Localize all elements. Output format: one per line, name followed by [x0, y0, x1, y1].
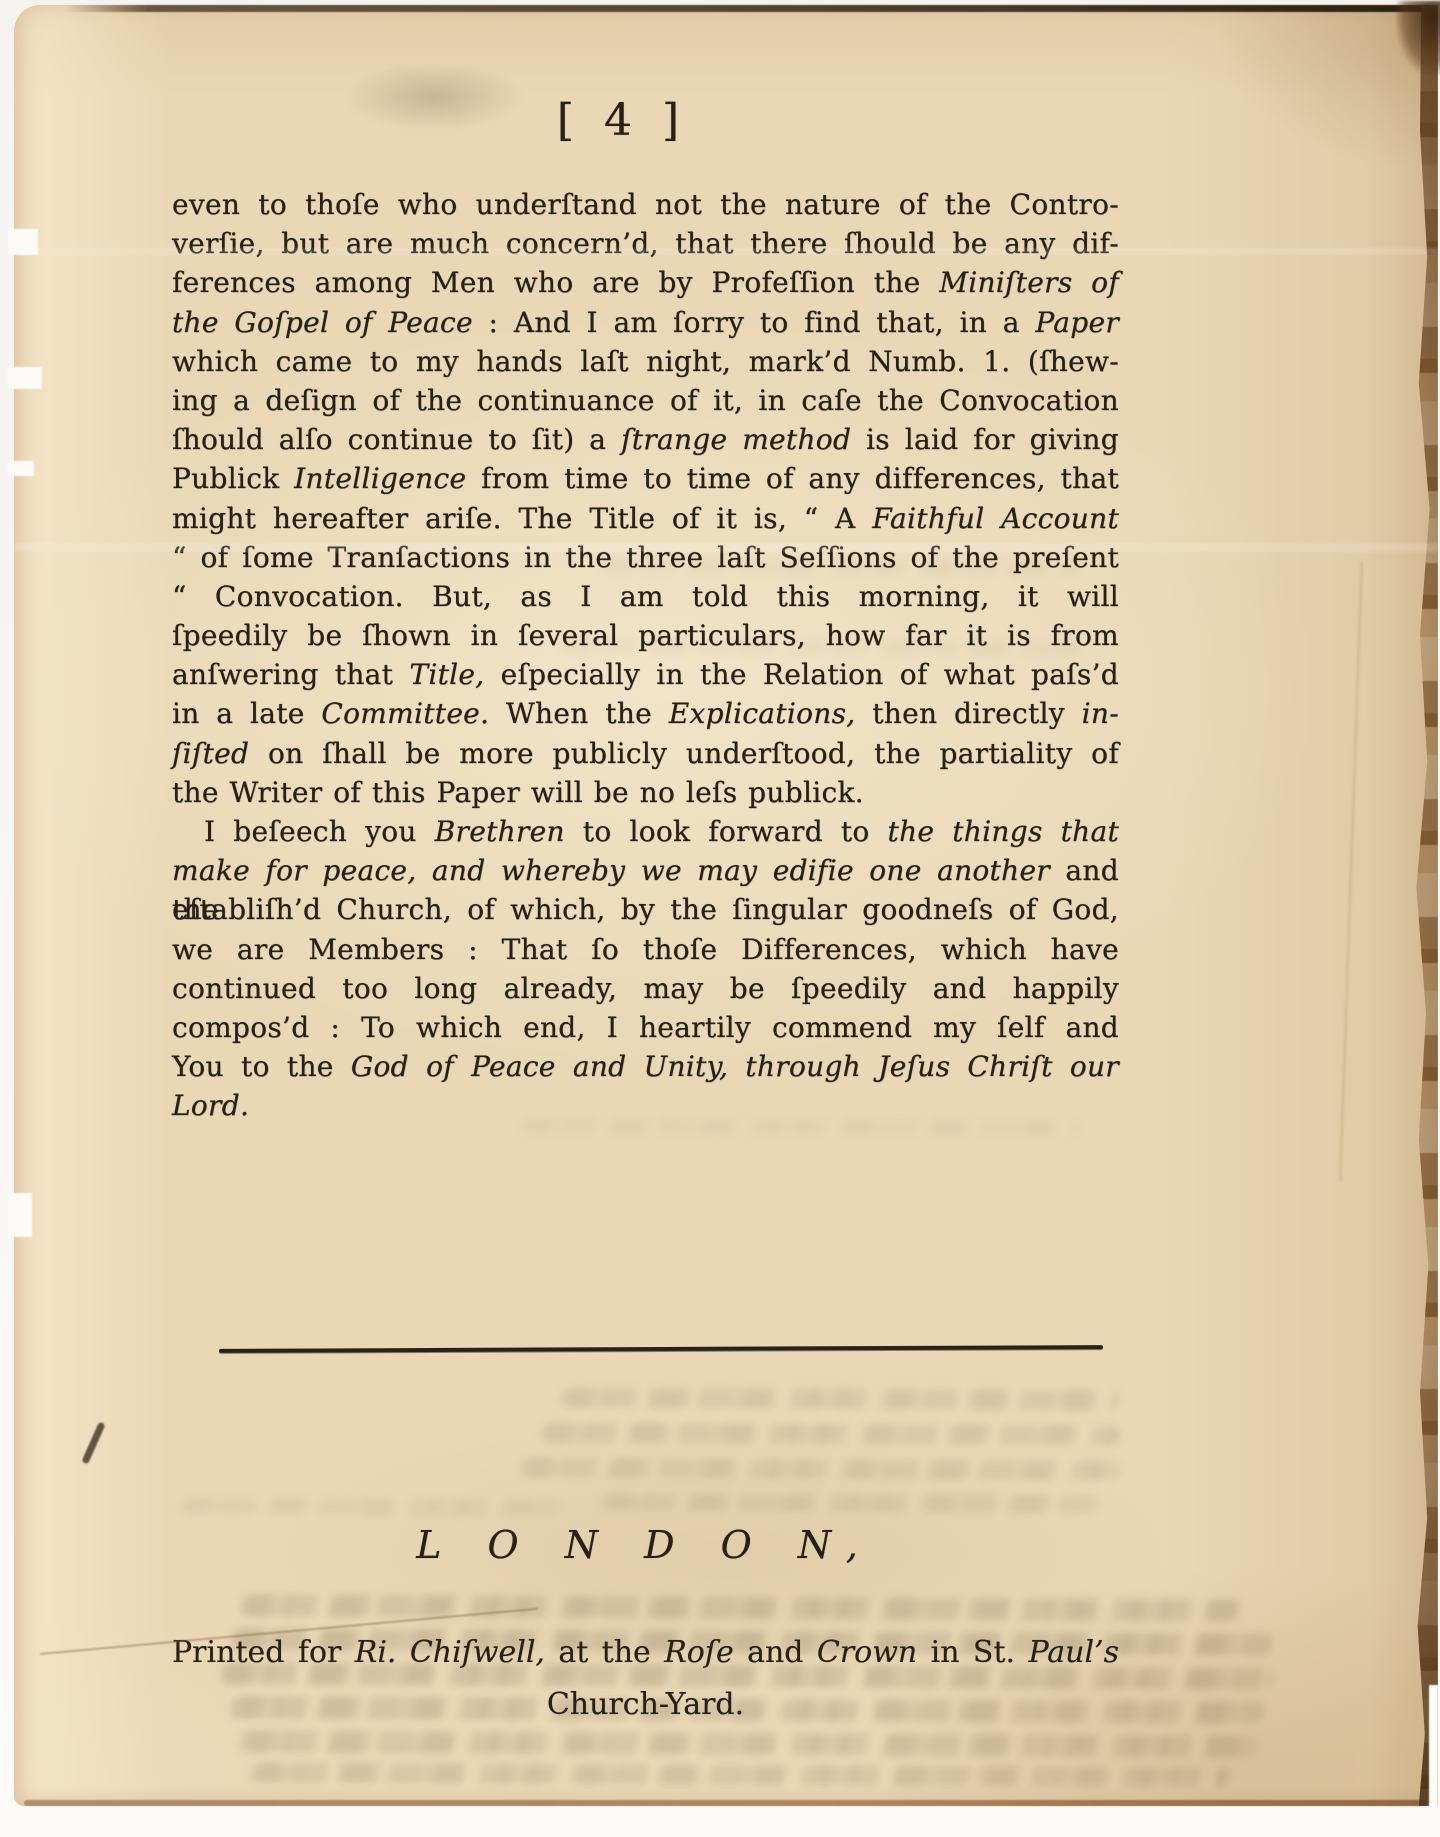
text-segment: Intelligence [294, 462, 466, 495]
body-line: “ Convocation. But, as I am told this mo… [172, 577, 1119, 616]
text-segment: You to the [172, 1050, 351, 1083]
text-segment: Miniſters of [939, 266, 1119, 299]
scanner-streak [8, 461, 34, 476]
text-segment: in- [1082, 697, 1119, 730]
text-segment: we are Members : That ſo thoſe Differenc… [172, 933, 1119, 966]
body-line: ferences among Men who are by Profeſſion… [172, 263, 1119, 302]
wrinkle-line [1339, 561, 1363, 1181]
scanner-streak [8, 367, 42, 389]
text-segment: Ri. Chiſwell, [355, 1635, 545, 1670]
text-segment: the things that [888, 815, 1119, 848]
text-segment: Faithful Account [872, 502, 1119, 535]
text-segment: God of Peace and Unity, through Jeſus Ch… [351, 1050, 1119, 1083]
body-line: compos’d : To which end, I heartily comm… [172, 1008, 1119, 1047]
body-line: the Goſpel of Peace : And I am ſorry to … [172, 303, 1119, 342]
body-line: continued too long already, may be ſpeed… [172, 969, 1119, 1008]
scanner-background: [ 4 ] even to thoſe who underſtand not t… [0, 0, 1440, 1837]
body-text: even to thoſe who underſtand not the nat… [172, 185, 1119, 1126]
text-segment: Explications, [669, 697, 856, 730]
corner-stain [1396, 1, 1440, 75]
text-segment: I beſeech you [204, 815, 435, 848]
body-line: Publick Intelligence from time to time o… [172, 459, 1119, 498]
text-segment: ſhould alſo continue to ſit) a [172, 423, 621, 456]
text-segment: : And I am ſorry to find that, in a [473, 306, 1035, 339]
scanner-band [14, 248, 1438, 255]
body-line: the Writer of this Paper will be no leſs… [172, 773, 1119, 812]
bleedthrough-row [239, 1594, 1241, 1621]
text-segment: ſtrange method [621, 423, 851, 456]
text-segment: Publick [172, 462, 294, 495]
imprint-city: L O N D O N, [172, 1523, 1119, 1567]
scanner-band [14, 543, 1438, 552]
bleedthrough-row [599, 1493, 1101, 1514]
imprint-churchyard-line: Church-Yard. [172, 1687, 1119, 1722]
text-segment: ing a deſign of the continuance of it, i… [172, 384, 1119, 417]
body-line: ing a deſign of the continuance of it, i… [172, 381, 1119, 420]
body-line: anſwering that Title, eſpecially in the … [172, 655, 1119, 694]
text-segment: to look forward to [565, 815, 888, 848]
page-bottom-edge [24, 1800, 1426, 1806]
text-segment: When the [489, 697, 669, 730]
deckle-edge [1414, 5, 1438, 1806]
text-segment: ſpeedily be ſhown in ſeveral particulars… [172, 619, 1119, 652]
bleedthrough-row [539, 1422, 1121, 1445]
text-segment: is laid for giving [851, 423, 1119, 456]
body-line: ſiſted on ſhall be more publicly underſt… [172, 734, 1119, 773]
text-segment: eſtabliſh’d Church, of which, by the ſin… [172, 893, 1119, 926]
text-segment: the Goſpel of Peace [172, 306, 473, 339]
text-segment: in a late [172, 697, 321, 730]
text-segment: eſpecially in the Relation of what paſs’… [484, 658, 1119, 691]
body-line: verſie, but are much concern’d, that the… [172, 224, 1119, 263]
text-segment: Lord. [172, 1089, 249, 1122]
scanner-gap [1429, 1685, 1438, 1815]
text-segment: continued too long already, may be ſpeed… [172, 972, 1119, 1005]
body-line: might hereafter ariſe. The Title of it i… [172, 499, 1119, 538]
text-segment: at the [545, 1635, 664, 1670]
bleedthrough-row [519, 1457, 1121, 1480]
text-segment: which came to my hands laſt night, mark’… [172, 345, 1119, 378]
text-segment: ferences among Men who are by Profeſſion… [172, 266, 939, 299]
text-segment: make for peace, and whereby we may edifi… [172, 854, 1050, 887]
bleedthrough-row [559, 1388, 1121, 1411]
horizontal-rule [219, 1345, 1103, 1353]
text-segment: Crown [817, 1635, 917, 1670]
text-segment: ſiſted [172, 737, 249, 770]
text-segment: even to thoſe who underſtand not the nat… [172, 188, 1119, 221]
text-segment: verſie, but are much concern’d, that the… [172, 227, 1119, 260]
bleedthrough-row [239, 1730, 1259, 1757]
body-line: make for peace, and whereby we may edifi… [172, 851, 1119, 890]
text-segment: on ſhall be more publicly underſtood, th… [249, 737, 1119, 770]
text-segment: anſwering that [172, 658, 409, 691]
page-top-edge [66, 5, 1432, 12]
body-line: ſpeedily be ſhown in ſeveral particulars… [172, 616, 1119, 655]
text-segment: Paper [1035, 306, 1119, 339]
text-segment: Paul’s [1028, 1635, 1119, 1670]
body-line: we are Members : That ſo thoſe Differenc… [172, 930, 1119, 969]
text-segment: then directly [855, 697, 1081, 730]
scanned-page: [ 4 ] even to thoſe who underſtand not t… [14, 5, 1438, 1806]
text-segment: Roſe [664, 1635, 734, 1670]
text-segment: the Writer of this Paper will be no leſs… [172, 776, 864, 809]
imprint-publisher-line: Printed for Ri. Chiſwell, at the Roſe an… [172, 1633, 1119, 1673]
body-line: ſhould alſo continue to ſit) a ſtrange m… [172, 420, 1119, 459]
page-number: [ 4 ] [172, 95, 1072, 146]
body-line: in a late Committee. When the Explicatio… [172, 694, 1119, 733]
body-line: which came to my hands laſt night, mark’… [172, 342, 1119, 381]
bleedthrough-row [249, 1762, 1231, 1787]
text-segment: Brethren [435, 815, 565, 848]
text-segment: “ Convocation. But, as I am told this mo… [172, 580, 1119, 613]
scanner-streak [8, 1193, 32, 1237]
text-segment: in St. [917, 1635, 1028, 1670]
text-segment: Committee. [321, 697, 489, 730]
ink-speck [81, 1421, 105, 1464]
text-segment: compos’d : To which end, I heartily comm… [172, 1011, 1119, 1044]
text-segment: and [734, 1635, 817, 1670]
body-line: I beſeech you Brethren to look forward t… [172, 812, 1119, 851]
text-segment: from time to time of any differences, th… [466, 462, 1119, 495]
body-line: eſtabliſh’d Church, of which, by the ſin… [172, 890, 1119, 929]
text-segment: Title, [409, 658, 484, 691]
body-line: even to thoſe who underſtand not the nat… [172, 185, 1119, 224]
body-line: You to the God of Peace and Unity, throu… [172, 1047, 1119, 1086]
body-line: Lord. [172, 1086, 1119, 1125]
bleedthrough-row [179, 1498, 561, 1516]
text-segment: might hereafter ariſe. The Title of it i… [172, 502, 872, 535]
